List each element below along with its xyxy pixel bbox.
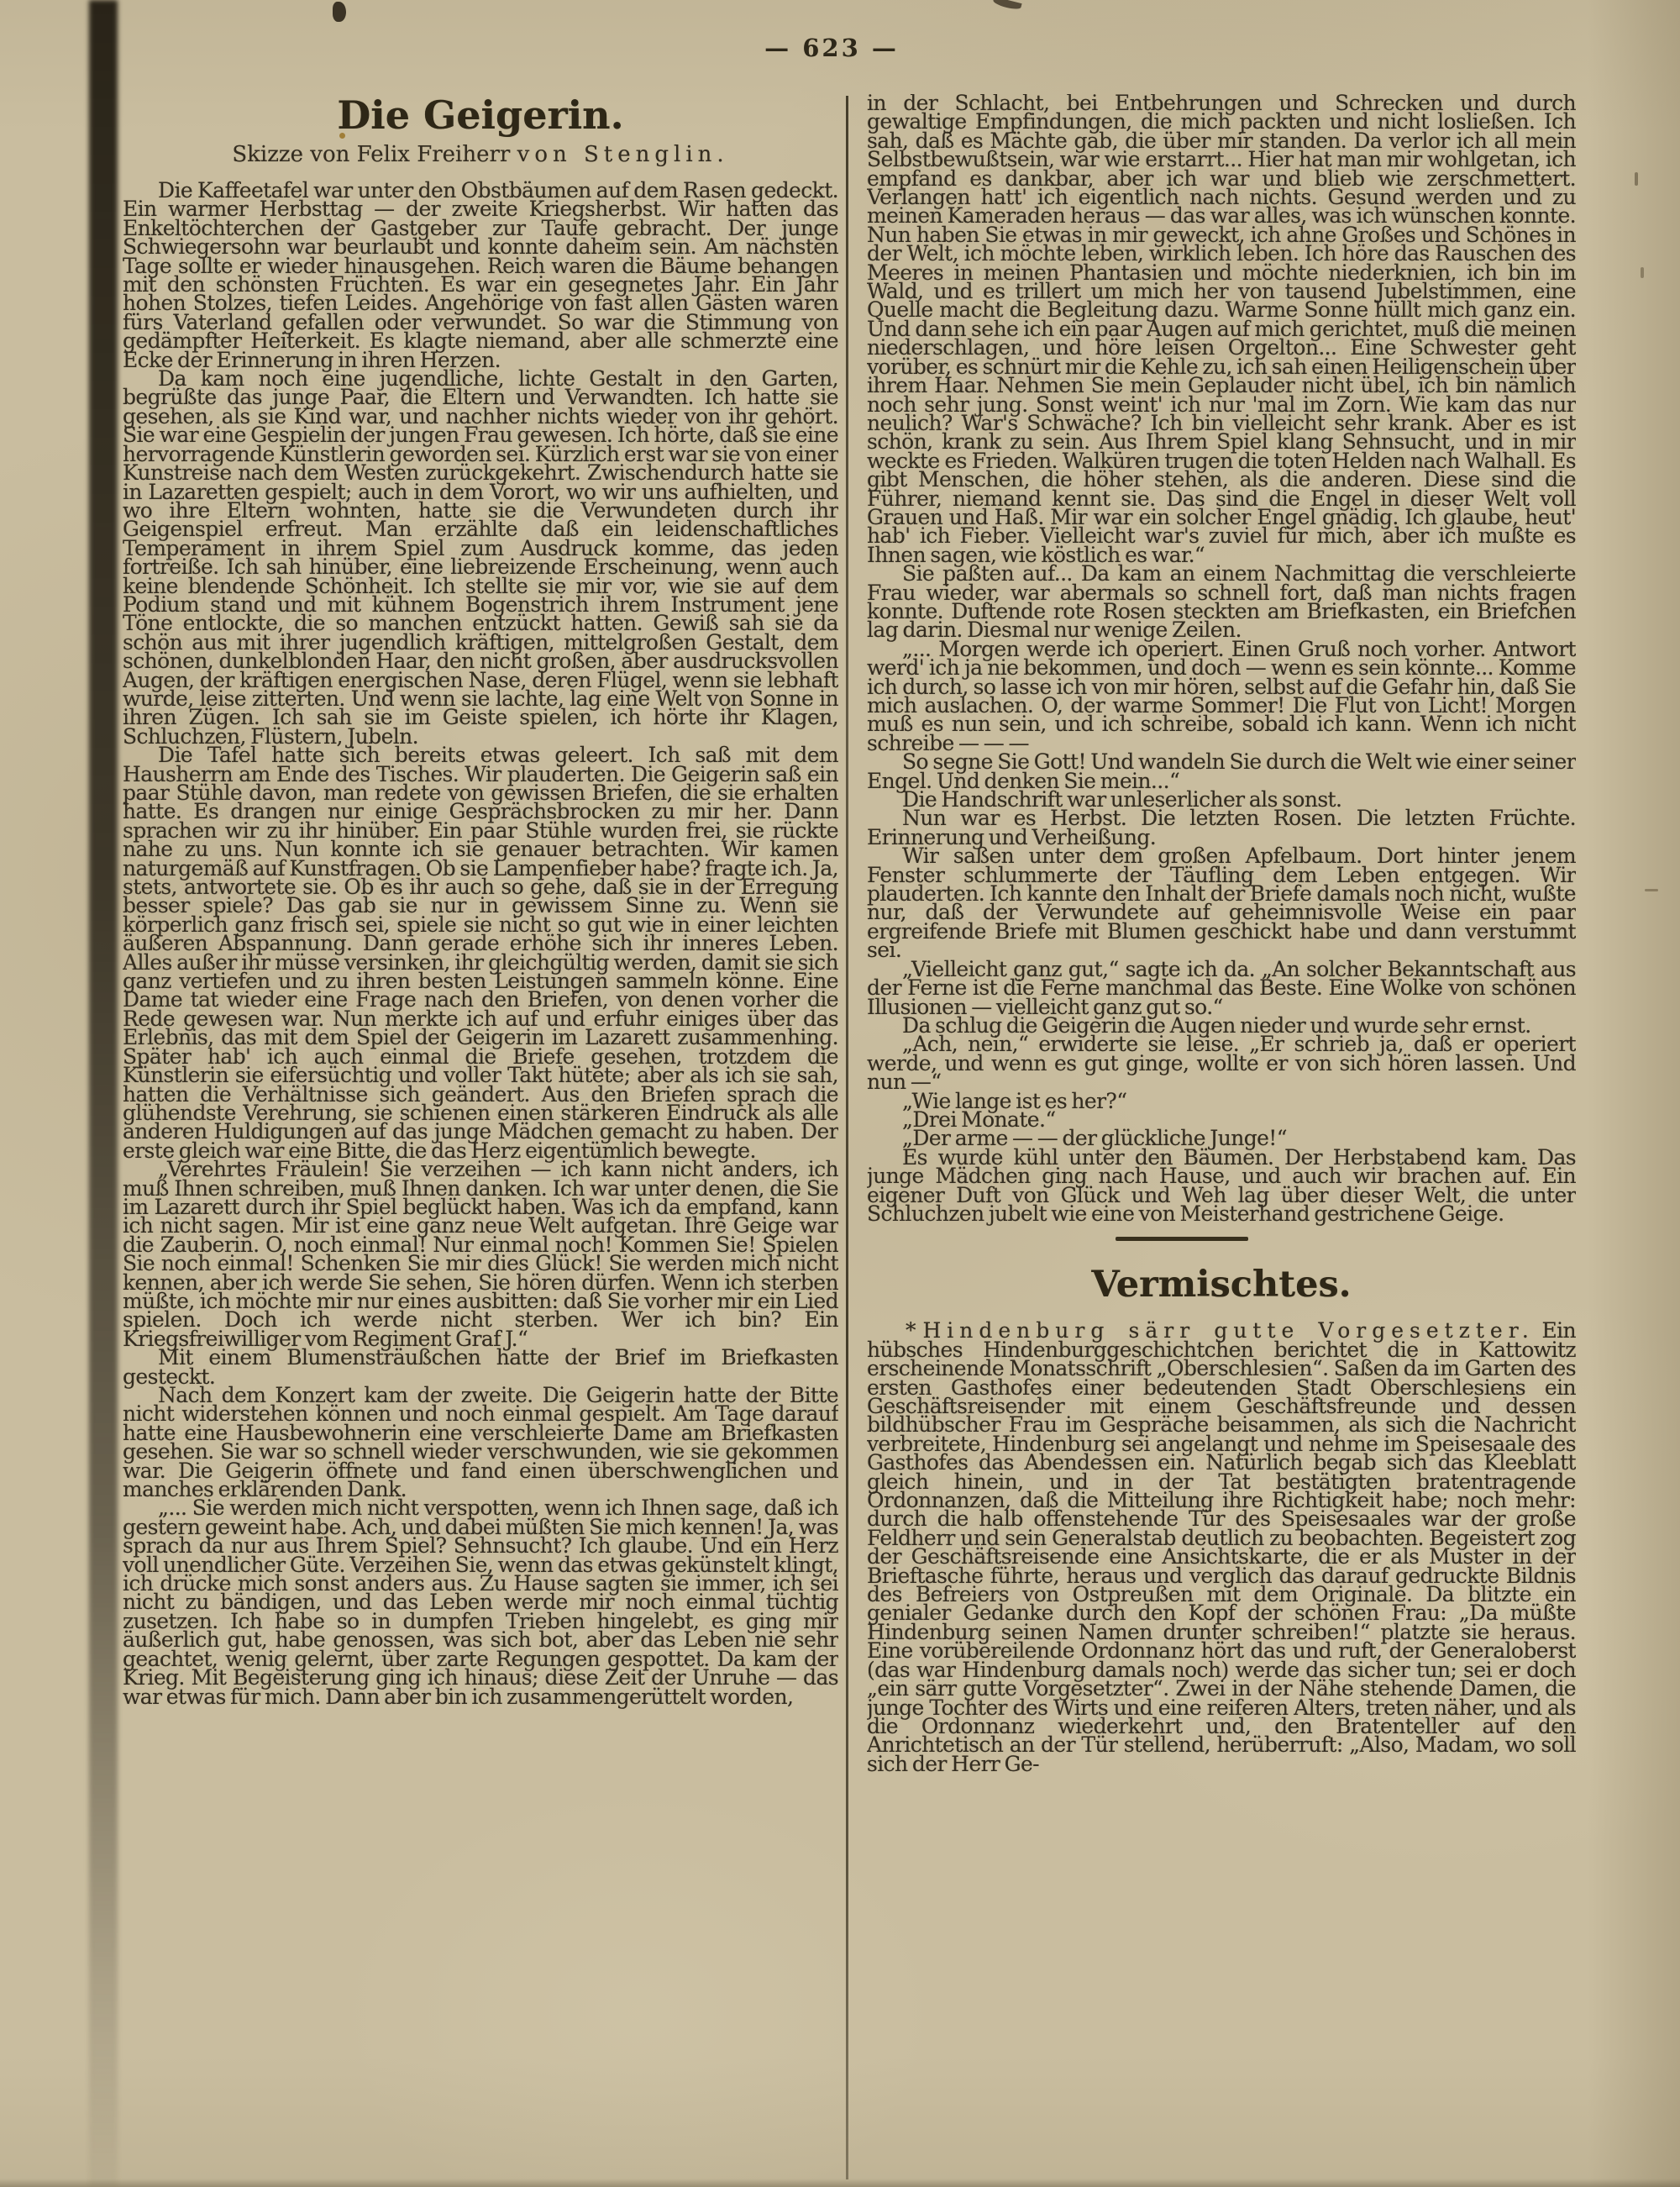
fold-mark bbox=[1641, 267, 1644, 278]
story-paragraph: „Vielleicht ganz gut,“ sagte ich da. „An… bbox=[867, 960, 1576, 1017]
section-divider-rule bbox=[1116, 1237, 1248, 1241]
page-binding-shadow bbox=[89, 0, 118, 2187]
page-edge-shadow bbox=[1588, 0, 1680, 2187]
story-paragraph: So segne Sie Gott! Und wandeln Sie durch… bbox=[867, 753, 1576, 791]
story-paragraph: „Verehrtes Fräulein! Sie verzeihen — ich… bbox=[123, 1160, 838, 1348]
story-paragraph: Die Kaffeetafel war unter den Obstbäumen… bbox=[123, 181, 838, 370]
story-subtitle: Skizze von Felix Freiherr von Stenglin. bbox=[123, 141, 838, 168]
ink-speck bbox=[992, 0, 1021, 11]
story-paragraph: Es wurde kühl unter den Bäumen. Der Herb… bbox=[867, 1149, 1576, 1224]
newspaper-page: — 623 — Die Geigerin. Skizze von Felix F… bbox=[0, 0, 1680, 2187]
story-author-name: von Stenglin. bbox=[517, 142, 729, 167]
story-paragraph: Mit einem Blumensträußchen hatte der Bri… bbox=[123, 1348, 838, 1386]
story-paragraph: in der Schlacht, bei Entbehrungen und Sc… bbox=[867, 94, 1576, 565]
story-paragraph: Sie paßten auf... Da kam an einem Nachmi… bbox=[867, 565, 1576, 640]
story-paragraph: „Ach, nein,“ erwiderte sie leise. „Er sc… bbox=[867, 1035, 1576, 1091]
story-paragraph: Nach dem Konzert kam der zweite. Die Gei… bbox=[123, 1386, 838, 1499]
story-paragraph: Die Tafel hatte sich bereits etwas gelee… bbox=[123, 746, 838, 1160]
fold-mark bbox=[1635, 172, 1638, 186]
story-paragraph: „... Sie werden mich nicht verspotten, w… bbox=[123, 1499, 838, 1706]
story-title: Die Geigerin. bbox=[123, 94, 838, 136]
page-number: — 623 — bbox=[118, 34, 1546, 62]
fold-mark bbox=[1645, 889, 1658, 891]
story-paragraph: Nun war es Herbst. Die letzten Rosen. Di… bbox=[867, 809, 1576, 847]
column-divider-rule bbox=[846, 96, 848, 2179]
misc-article-paragraph: * Hindenburg särr gutte Vorgesetzter. Ei… bbox=[867, 1322, 1576, 1774]
left-column: Die Geigerin. Skizze von Felix Freiherr … bbox=[123, 94, 838, 2111]
story-paragraph: „... Morgen werde ich operiert. Einen Gr… bbox=[867, 640, 1576, 753]
article-body-text: Ein hübsches Hindenburggeschichtchen ber… bbox=[867, 1318, 1576, 1775]
story-paragraph: Wir saßen unter dem großen Apfelbaum. Do… bbox=[867, 847, 1576, 959]
ink-speck bbox=[333, 2, 346, 22]
story-continuation: in der Schlacht, bei Entbehrungen und Sc… bbox=[867, 94, 1576, 1223]
page-bottom-shadow bbox=[0, 2179, 1680, 2187]
misc-section-heading: Vermischtes. bbox=[867, 1264, 1576, 1305]
right-column: in der Schlacht, bei Entbehrungen und Sc… bbox=[867, 94, 1576, 2151]
story-paragraph: Da kam noch eine jugendliche, lichte Ges… bbox=[123, 370, 838, 746]
story-subtitle-prefix: Skizze von Felix Freiherr bbox=[232, 142, 517, 167]
